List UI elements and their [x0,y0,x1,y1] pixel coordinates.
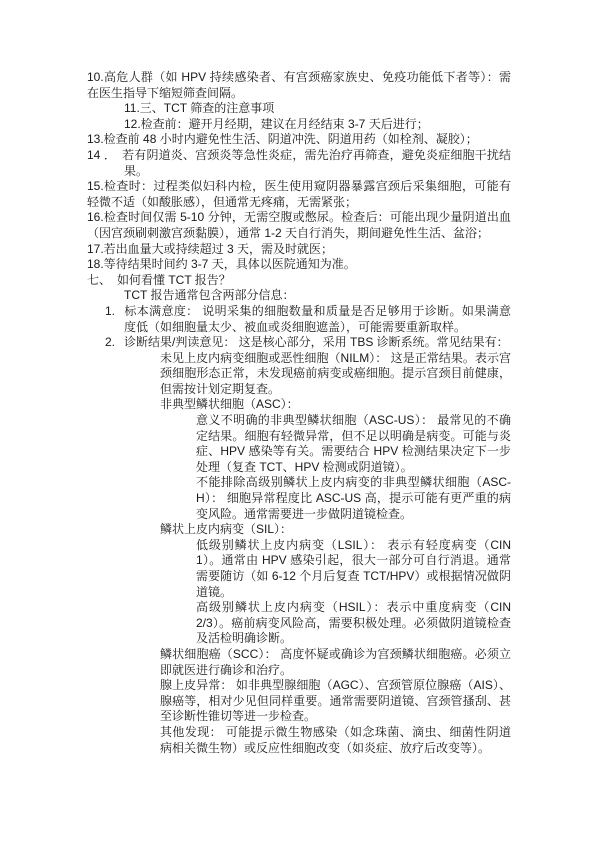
paragraph: 七、 如何看懂 TCT 报告？ [87,273,511,289]
paragraph-text: 18.等待结果时间约 3-7 天，具体以医院通知为准。 [87,257,356,271]
paragraph: 其他发现： 可能提示微生物感染（如念珠菌、滴虫、细菌性阴道病相关微生物）或反应性… [160,725,511,756]
list-marker: 1. [105,304,124,320]
paragraph-text: 其他发现： 可能提示微生物感染（如念珠菌、滴虫、细菌性阴道病相关微生物）或反应性… [160,725,511,755]
paragraph: 不能排除高级别鳞状上皮内病变的非典型鳞状细胞（ASC-H）： 细胞异常程度比 A… [196,475,511,522]
paragraph-text: 12.检查前：避开月经期，建议在月经结束 3-7 天后进行； [124,117,429,131]
list-marker: 2. [105,335,124,351]
paragraph-text: 16.检查时间仅需 5-10 分钟，无需空腹或憋尿。检查后：可能出现少量阴道出血… [87,210,511,240]
paragraph: 11.三、TCT 筛查的注意事项 [124,101,511,117]
document-page: 10.高危人群（如 HPV 持续感染者、有宫颈癌家族史、免疫功能低下者等）：需在… [0,0,595,841]
paragraph-text: 17.若出血量大或持续超过 3 天，需及时就医； [87,242,333,256]
paragraph: 低级别鳞状上皮内病变（LSIL）： 表示有轻度病变（CIN 1）。通常由 HPV… [196,538,511,600]
paragraph-text: 11.三、TCT 筛查的注意事项 [124,101,274,115]
paragraph: TCT 报告通常包含两部分信息： [124,288,511,304]
paragraph-text: 13.检查前 48 小时内避免性生活、阴道冲洗、阴道用药（如栓剂、凝胶）； [87,132,478,146]
paragraph: 16.检查时间仅需 5-10 分钟，无需空腹或憋尿。检查后：可能出现少量阴道出血… [87,210,511,241]
paragraph: 10.高危人群（如 HPV 持续感染者、有宫颈癌家族史、免疫功能低下者等）：需在… [87,70,511,101]
paragraph-text: 非典型鳞状细胞（ASC）： [160,397,299,411]
paragraph: 非典型鳞状细胞（ASC）： [160,397,511,413]
paragraph: 13.检查前 48 小时内避免性生活、阴道冲洗、阴道用药（如栓剂、凝胶）； [87,132,511,148]
paragraph: 1.标本满意度： 说明采集的细胞数量和质量是否足够用于诊断。如果满意度低（如细胞… [124,304,511,335]
document-body: 10.高危人群（如 HPV 持续感染者、有宫颈癌家族史、免疫功能低下者等）：需在… [87,70,511,756]
paragraph-text: 高级别鳞状上皮内病变（HSIL）：表示中重度病变（CIN 2/3）。癌前病变风险… [196,600,511,645]
paragraph: 14 ． 若有阴道炎、宫颈炎等急性炎症，需先治疗再筛查，避免炎症细胞干扰结果。 [124,148,511,179]
paragraph-text: 低级别鳞状上皮内病变（LSIL）： 表示有轻度病变（CIN 1）。通常由 HPV… [196,538,511,599]
paragraph: 意义不明确的非典型鳞状细胞（ASC-US）： 最常见的不确定结果。细胞有轻微异常… [196,413,511,475]
paragraph: 腺上皮异常： 如非典型腺细胞（AGC）、宫颈管原位腺癌（AIS）、腺癌等，相对少… [160,678,511,725]
paragraph: 2.诊断结果/判读意见： 这是核心部分，采用 TBS 诊断系统。常见结果有： [124,335,511,351]
paragraph-text: 不能排除高级别鳞状上皮内病变的非典型鳞状细胞（ASC-H）： 细胞异常程度比 A… [196,475,511,520]
paragraph-text: 七、 如何看懂 TCT 报告？ [87,273,231,287]
paragraph: 17.若出血量大或持续超过 3 天，需及时就医； [87,242,511,258]
paragraph-text: 10.高危人群（如 HPV 持续感染者、有宫颈癌家族史、免疫功能低下者等）：需在… [87,70,511,100]
paragraph: 12.检查前：避开月经期，建议在月经结束 3-7 天后进行； [124,117,511,133]
paragraph: 未见上皮内病变细胞或恶性细胞（NILM）： 这是正常结果。表示宫颈细胞形态正常，… [160,351,511,398]
paragraph: 18.等待结果时间约 3-7 天，具体以医院通知为准。 [87,257,511,273]
paragraph-text: 鳞状细胞癌（SCC）： 高度怀疑或确诊为宫颈鳞状细胞癌。必须立即就医进行确诊和治… [160,647,511,677]
paragraph: 高级别鳞状上皮内病变（HSIL）：表示中重度病变（CIN 2/3）。癌前病变风险… [196,600,511,647]
paragraph: 15.检查时：过程类似妇科内检，医生使用窥阴器暴露宫颈后采集细胞，可能有轻微不适… [87,179,511,210]
paragraph-text: 15.检查时：过程类似妇科内检，医生使用窥阴器暴露宫颈后采集细胞，可能有轻微不适… [87,179,511,209]
paragraph-text: 14 ． 若有阴道炎、宫颈炎等急性炎症，需先治疗再筛查，避免炎症细胞干扰结果。 [87,148,511,178]
paragraph: 鳞状上皮内病变（SIL）： [160,522,511,538]
paragraph-text: 诊断结果/判读意见： 这是核心部分，采用 TBS 诊断系统。常见结果有： [124,335,509,349]
paragraph-text: 标本满意度： 说明采集的细胞数量和质量是否足够用于诊断。如果满意度低（如细胞量太… [124,304,511,334]
paragraph: 鳞状细胞癌（SCC）： 高度怀疑或确诊为宫颈鳞状细胞癌。必须立即就医进行确诊和治… [160,647,511,678]
paragraph-text: TCT 报告通常包含两部分信息： [124,288,294,302]
paragraph-text: 腺上皮异常： 如非典型腺细胞（AGC）、宫颈管原位腺癌（AIS）、腺癌等，相对少… [160,678,511,723]
paragraph-text: 鳞状上皮内病变（SIL）： [160,522,292,536]
paragraph-text: 意义不明确的非典型鳞状细胞（ASC-US）： 最常见的不确定结果。细胞有轻微异常… [196,413,511,474]
paragraph-text: 未见上皮内病变细胞或恶性细胞（NILM）： 这是正常结果。表示宫颈细胞形态正常，… [160,351,511,396]
